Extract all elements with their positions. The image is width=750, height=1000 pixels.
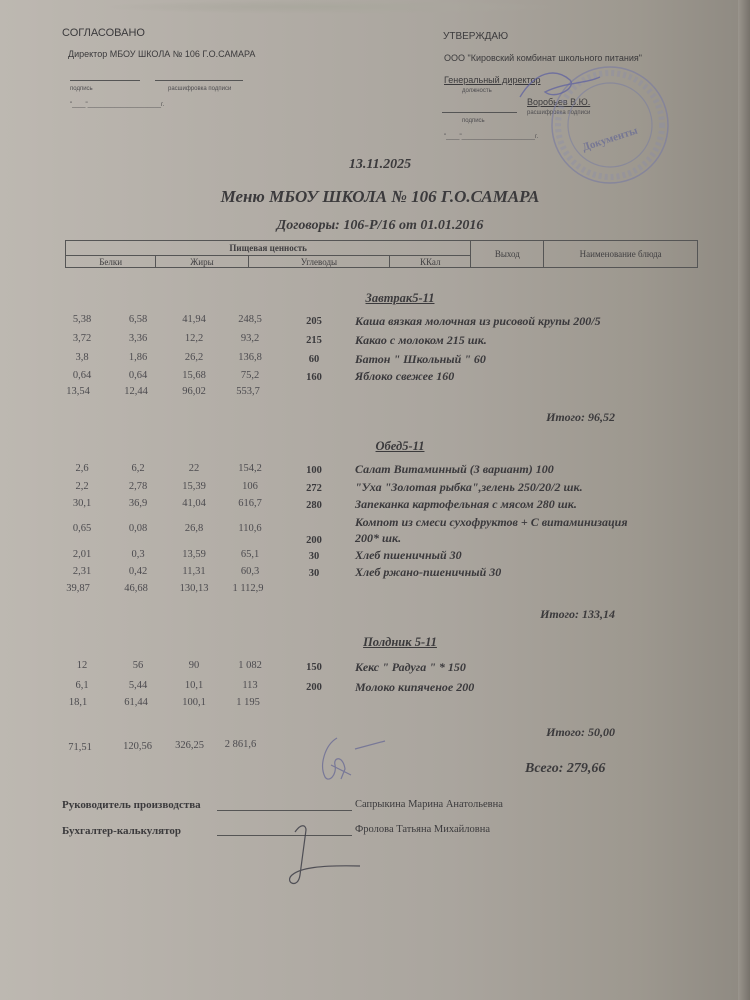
dish-name: Яблоко свежее 160	[355, 369, 454, 384]
signature-caption: подпись	[70, 86, 93, 92]
fat-value: 0,64	[108, 370, 168, 381]
signature-name-accountant: Фролова Татьяна Михайловна	[355, 824, 490, 835]
carbs-value: 22	[164, 463, 224, 474]
decode-line	[155, 80, 243, 81]
signature-line	[70, 80, 140, 81]
approval-right-title: УТВЕРЖДАЮ	[443, 31, 508, 42]
section-title-breakfast: Завтрак5-11	[280, 291, 520, 306]
protein-value: 30,1	[52, 498, 112, 509]
protein-value: 0,64	[52, 370, 112, 381]
approval-left-position: Директор МБОУ ШКОЛА № 106 Г.О.САМАРА	[68, 49, 255, 59]
carbs-value: 11,31	[164, 566, 224, 577]
menu-date: 13.11.2025	[0, 157, 750, 173]
dish-name: Запеканка картофельная с мясом 280 шк.	[355, 497, 577, 512]
dish-name: Какао с молоком 215 шк.	[355, 333, 487, 348]
section-total-cost: Итого: 96,52	[546, 410, 615, 425]
fat-value: 6,58	[108, 314, 168, 325]
output-value: 30	[294, 551, 334, 562]
kcal-value: 93,2	[220, 333, 280, 344]
accountant-signature-icon	[270, 820, 370, 890]
output-value: 60	[294, 354, 334, 365]
protein-value: 3,8	[52, 352, 112, 363]
dish-name: Компот из смеси сухофруктов + С витамини…	[355, 515, 628, 530]
total-fat: 61,44	[106, 697, 166, 708]
menu-title: Меню МБОУ ШКОЛА № 106 Г.О.САМАРА	[0, 187, 750, 207]
approval-left-title: СОГЛАСОВАНО	[62, 27, 145, 39]
protein-value: 6,1	[52, 680, 112, 691]
fat-value: 5,44	[108, 680, 168, 691]
protein-value: 0,65	[52, 523, 112, 534]
carbs-header: Углеводы	[248, 256, 389, 268]
fat-value: 0,42	[108, 566, 168, 577]
section-title-snack: Полдник 5-11	[280, 635, 520, 650]
protein-value: 2,2	[52, 481, 112, 492]
carbs-value: 15,39	[164, 481, 224, 492]
signature-line	[442, 112, 517, 113]
protein-value: 3,72	[52, 333, 112, 344]
kcal-value: 60,3	[220, 566, 280, 577]
section-total-cost: Итого: 133,14	[540, 607, 615, 622]
total-carbs: 130,13	[164, 583, 224, 594]
dish-name: Каша вязкая молочная из рисовой крупы 20…	[355, 314, 601, 329]
fat-value: 3,36	[108, 333, 168, 344]
carbs-value: 26,8	[164, 523, 224, 534]
decode-caption: расшифровка подписи	[168, 86, 231, 92]
kcal-value: 106	[220, 481, 280, 492]
output-value: 30	[294, 568, 334, 579]
kcal-value: 113	[220, 680, 280, 691]
fat-value: 36,9	[108, 498, 168, 509]
total-protein: 13,54	[48, 386, 108, 397]
fat-value: 2,78	[108, 481, 168, 492]
total-kcal: 1 195	[218, 697, 278, 708]
kcal-value: 110,6	[220, 523, 280, 534]
kcal-value: 136,8	[220, 352, 280, 363]
protein-value: 2,6	[52, 463, 112, 474]
total-protein: 39,87	[48, 583, 108, 594]
total-carbs: 96,02	[164, 386, 224, 397]
output-value: 160	[294, 372, 334, 383]
dish-name-continued: 200* шк.	[355, 531, 401, 546]
protein-header: Белки	[66, 256, 156, 268]
kcal-value: 616,7	[220, 498, 280, 509]
output-value: 150	[294, 662, 334, 673]
kcal-value: 154,2	[220, 463, 280, 474]
section-title-lunch: Обед5-11	[280, 439, 520, 454]
fat-value: 6,2	[108, 463, 168, 474]
fat-value: 0,08	[108, 523, 168, 534]
protein-value: 12	[52, 660, 112, 671]
svg-text:Документы: Документы	[581, 125, 640, 154]
output-value: 205	[294, 316, 334, 327]
total-kcal: 1 112,9	[218, 583, 278, 594]
kcal-header: ККал	[390, 256, 471, 268]
menu-table-header: Пищевая ценность Выход Наименование блюд…	[65, 240, 698, 268]
output-value: 280	[294, 500, 334, 511]
fat-value: 56	[108, 660, 168, 671]
signature-label-production: Руководитель производства	[62, 799, 201, 811]
protein-value: 5,38	[52, 314, 112, 325]
grand-total-cost: Всего: 279,66	[525, 761, 605, 777]
output-value: 200	[294, 682, 334, 693]
grand-total-protein: 71,51	[60, 742, 100, 753]
kcal-value: 75,2	[220, 370, 280, 381]
handwritten-mark-icon	[315, 735, 395, 785]
kcal-value: 65,1	[220, 549, 280, 560]
dish-name-header: Наименование блюда	[544, 241, 698, 268]
carbs-value: 41,94	[164, 314, 224, 325]
protein-value: 2,31	[52, 566, 112, 577]
dish-name: Салат Витаминный (3 вариант) 100	[355, 462, 554, 477]
position-caption: должность	[462, 88, 492, 94]
page-shadow	[100, 0, 560, 14]
signature-line	[217, 810, 352, 811]
grand-total-carbs: 326,25	[167, 740, 212, 751]
fat-header: Жиры	[156, 256, 248, 268]
total-fat: 12,44	[106, 386, 166, 397]
carbs-value: 90	[164, 660, 224, 671]
output-value: 200	[294, 535, 334, 546]
section-total-cost: Итого: 50,00	[546, 725, 615, 740]
grand-total-fat: 120,56	[115, 741, 160, 752]
total-protein: 18,1	[48, 697, 108, 708]
output-value: 272	[294, 483, 334, 494]
kcal-value: 248,5	[220, 314, 280, 325]
approval-left-date: "____"______________________г.	[70, 102, 164, 108]
carbs-value: 41,04	[164, 498, 224, 509]
fat-value: 0,3	[108, 549, 168, 560]
output-value: 100	[294, 465, 334, 476]
dish-name: Батон " Школьный " 60	[355, 352, 486, 367]
total-fat: 46,68	[106, 583, 166, 594]
carbs-value: 15,68	[164, 370, 224, 381]
carbs-value: 10,1	[164, 680, 224, 691]
paper-edge	[738, 0, 750, 1000]
protein-value: 2,01	[52, 549, 112, 560]
director-signature-icon	[515, 62, 605, 112]
carbs-value: 12,2	[164, 333, 224, 344]
output-header: Выход	[471, 241, 544, 268]
grand-total-kcal: 2 861,6	[218, 739, 263, 750]
dish-name: Хлеб ржано-пшеничный 30	[355, 565, 501, 580]
signature-caption: подпись	[462, 118, 485, 124]
carbs-value: 13,59	[164, 549, 224, 560]
fat-value: 1,86	[108, 352, 168, 363]
output-value: 215	[294, 335, 334, 346]
kcal-value: 1 082	[220, 660, 280, 671]
dish-name: "Уха "Золотая рыбка",зелень 250/20/2 шк.	[355, 480, 583, 495]
total-carbs: 100,1	[164, 697, 224, 708]
dish-name: Кекс " Радуга " * 150	[355, 660, 466, 675]
nutrition-header: Пищевая ценность	[66, 241, 471, 256]
dish-name: Хлеб пшеничный 30	[355, 548, 462, 563]
dish-name: Молоко кипяченое 200	[355, 680, 474, 695]
signature-label-accountant: Бухгалтер-калькулятор	[62, 825, 181, 837]
carbs-value: 26,2	[164, 352, 224, 363]
approval-right-date: "____"______________________г.	[444, 134, 538, 140]
contract-info: Договоры: 106-Р/16 от 01.01.2016	[0, 218, 750, 234]
total-kcal: 553,7	[218, 386, 278, 397]
signature-name-production: Сапрыкина Марина Анатольевна	[355, 799, 503, 810]
